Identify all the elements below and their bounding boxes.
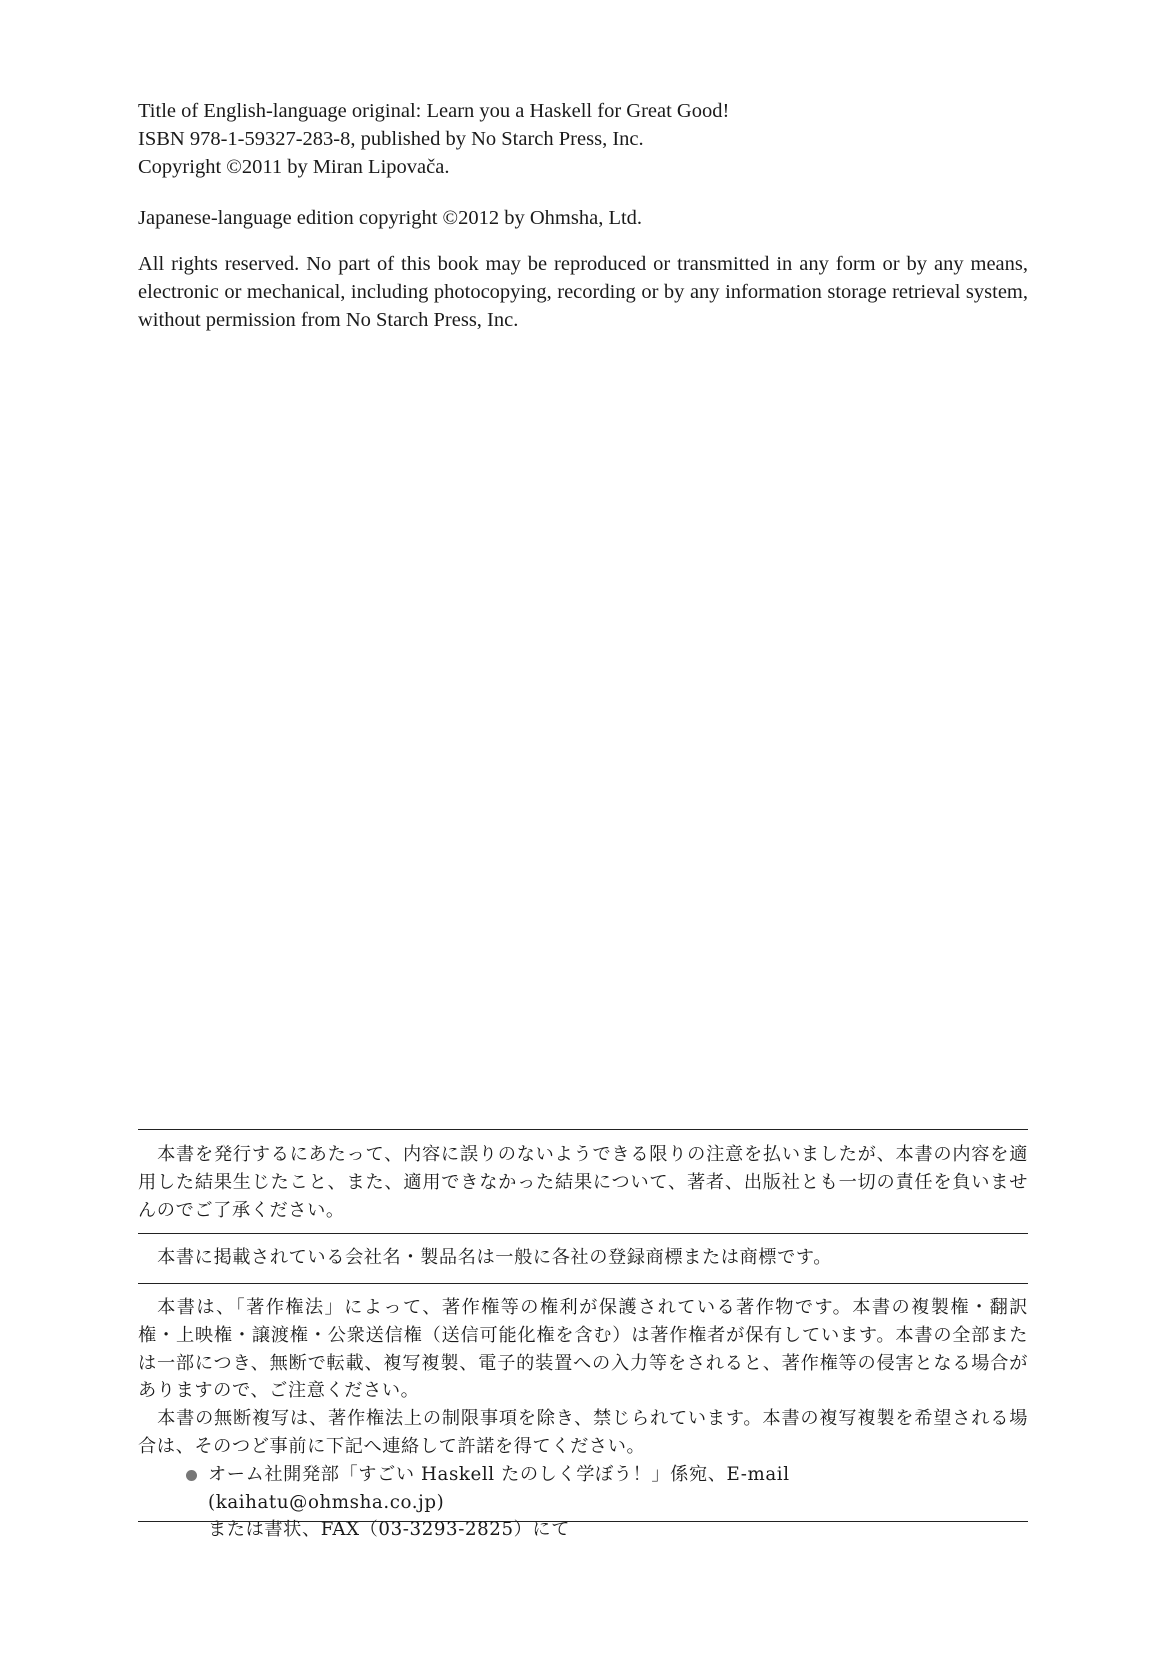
- rights-statement: All rights reserved. No part of this boo…: [138, 250, 1028, 334]
- original-title-block: Title of English-language original: Lear…: [138, 97, 1028, 181]
- isbn-line: ISBN 978-1-59327-283-8, published by No …: [138, 125, 1028, 153]
- divider-3: [138, 1283, 1028, 1284]
- copyright-law-text: 本書は、「著作権法」によって、著作権等の権利が保護されている著作物です。本書の複…: [138, 1294, 1028, 1405]
- disclaimer-block: 本書を発行するにあたって、内容に誤りのないようできる限りの注意を払いましたが、本…: [138, 1141, 1028, 1224]
- copyright-page: Title of English-language original: Lear…: [0, 0, 1165, 1654]
- trademark-block: 本書に掲載されている会社名・製品名は一般に各社の登録商標または商標です。: [138, 1244, 1028, 1272]
- original-copyright-line: Copyright ©2011 by Miran Lipovača.: [138, 153, 1028, 181]
- original-title-line: Title of English-language original: Lear…: [138, 97, 1028, 125]
- reproduction-text: 本書の無断複写は、著作権法上の制限事項を除き、禁じられています。本書の複写複製を…: [138, 1405, 1028, 1461]
- contact-item: オーム社開発部「すごい Haskell たのしく学ぼう！」係宛、E-mail (…: [138, 1461, 1028, 1544]
- divider-top: [138, 1129, 1028, 1130]
- bullet-icon: [186, 1470, 197, 1481]
- japanese-edition-copyright: Japanese-language edition copyright ©201…: [138, 204, 1028, 232]
- trademark-text: 本書に掲載されている会社名・製品名は一般に各社の登録商標または商標です。: [138, 1244, 1028, 1272]
- disclaimer-text: 本書を発行するにあたって、内容に誤りのないようできる限りの注意を払いましたが、本…: [138, 1141, 1028, 1224]
- japanese-edition-block: Japanese-language edition copyright ©201…: [138, 204, 1028, 232]
- copyright-law-block: 本書は、「著作権法」によって、著作権等の権利が保護されている著作物です。本書の複…: [138, 1294, 1028, 1544]
- rights-block: All rights reserved. No part of this boo…: [138, 250, 1028, 334]
- divider-2: [138, 1233, 1028, 1234]
- divider-bottom: [138, 1521, 1028, 1522]
- contact-line-1: オーム社開発部「すごい Haskell たのしく学ぼう！」係宛、E-mail (…: [208, 1461, 1028, 1517]
